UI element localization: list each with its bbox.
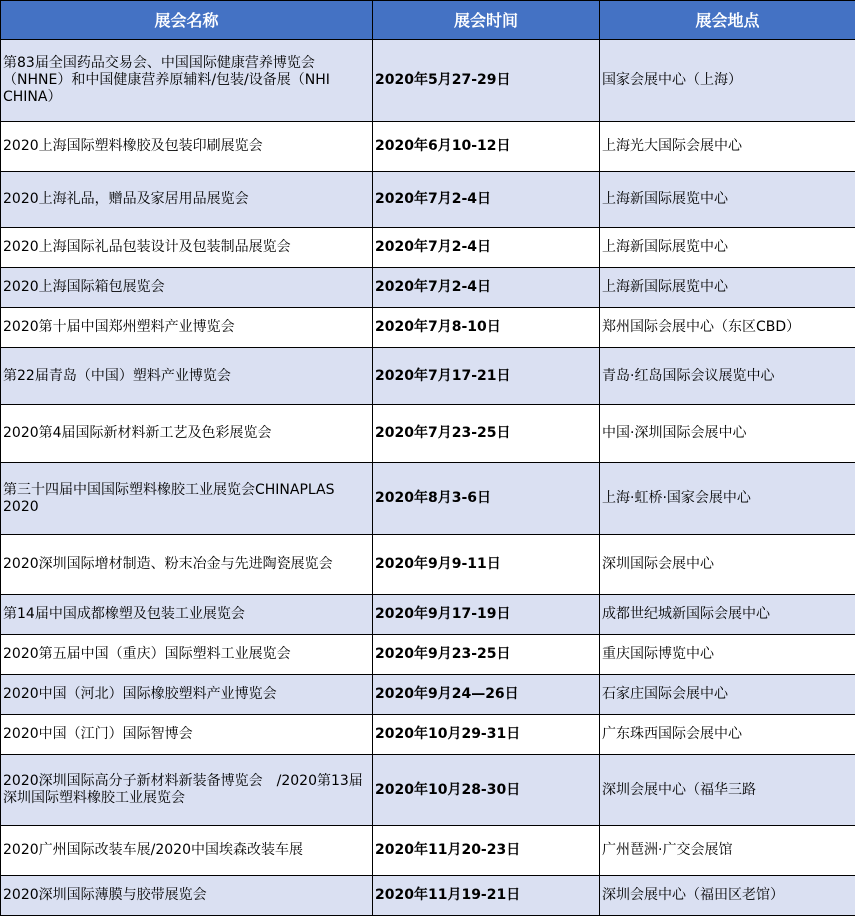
exhibition-location-cell: 上海新国际展览中心	[600, 268, 855, 308]
exhibition-name-cell: 第83届全国药品交易会、中国国际健康营养博览会（NHNE）和中国健康营养原辅料/…	[1, 40, 373, 122]
exhibition-name-cell: 第三十四届中国国际塑料橡胶工业展览会CHINAPLAS 2020	[1, 463, 373, 535]
exhibition-name-cell: 2020中国（江门）国际智博会	[1, 715, 373, 755]
exhibition-date-cell: 2020年6月10-12日	[373, 122, 600, 172]
table-row: 第三十四届中国国际塑料橡胶工业展览会CHINAPLAS 2020 2020年8月…	[1, 463, 855, 535]
exhibition-date-cell: 2020年11月19-21日	[373, 876, 600, 916]
table-row: 2020第4届国际新材料新工艺及色彩展览会 2020年7月23-25日 中国·深…	[1, 405, 855, 463]
exhibition-location-cell: 上海新国际展览中心	[600, 172, 855, 228]
exhibition-name-cell: 2020上海国际礼品包装设计及包装制品展览会	[1, 228, 373, 268]
exhibition-location-cell: 广州琶洲·广交会展馆	[600, 826, 855, 876]
table-row: 2020深圳国际高分子新材料新装备博览会 /2020第13届深圳国际塑料橡胶工业…	[1, 755, 855, 826]
exhibition-date-cell: 2020年8月3-6日	[373, 463, 600, 535]
exhibition-location-cell: 成都世纪城新国际会展中心	[600, 595, 855, 635]
exhibition-date-cell: 2020年7月2-4日	[373, 268, 600, 308]
table-row: 第14届中国成都橡塑及包装工业展览会 2020年9月17-19日 成都世纪城新国…	[1, 595, 855, 635]
exhibition-name-cell: 第22届青岛（中国）塑料产业博览会	[1, 348, 373, 405]
header-exhibition-date: 展会时间	[373, 1, 600, 40]
exhibition-date-cell: 2020年5月27-29日	[373, 40, 600, 122]
table-row: 第83届全国药品交易会、中国国际健康营养博览会（NHNE）和中国健康营养原辅料/…	[1, 40, 855, 122]
exhibition-name-cell: 2020深圳国际增材制造、粉末冶金与先进陶瓷展览会	[1, 535, 373, 595]
exhibition-name-cell: 2020深圳国际高分子新材料新装备博览会 /2020第13届深圳国际塑料橡胶工业…	[1, 755, 373, 826]
exhibition-date-cell: 2020年11月20-23日	[373, 826, 600, 876]
exhibition-name-cell: 2020上海礼品，赠品及家居用品展览会	[1, 172, 373, 228]
header-row: 展会名称 展会时间 展会地点	[1, 1, 855, 40]
table-row: 2020上海礼品，赠品及家居用品展览会 2020年7月2-4日 上海新国际展览中…	[1, 172, 855, 228]
exhibition-name-cell: 2020第五届中国（重庆）国际塑料工业展览会	[1, 635, 373, 675]
exhibition-location-cell: 上海新国际展览中心	[600, 228, 855, 268]
table-row: 2020广州国际改装车展/2020中国埃森改装车展 2020年11月20-23日…	[1, 826, 855, 876]
table-row: 2020中国（河北）国际橡胶塑料产业博览会 2020年9月24—26日 石家庄国…	[1, 675, 855, 715]
exhibition-date-cell: 2020年9月23-25日	[373, 635, 600, 675]
header-exhibition-name: 展会名称	[1, 1, 373, 40]
exhibition-location-cell: 深圳会展中心（福华三路	[600, 755, 855, 826]
table-row: 2020第五届中国（重庆）国际塑料工业展览会 2020年9月23-25日 重庆国…	[1, 635, 855, 675]
table-row: 2020第十届中国郑州塑料产业博览会 2020年7月8-10日 郑州国际会展中心…	[1, 308, 855, 348]
table-row: 2020深圳国际薄膜与胶带展览会 2020年11月19-21日 深圳会展中心（福…	[1, 876, 855, 916]
exhibition-location-cell: 上海·虹桥·国家会展中心	[600, 463, 855, 535]
exhibition-name-cell: 2020上海国际箱包展览会	[1, 268, 373, 308]
exhibition-location-cell: 上海光大国际会展中心	[600, 122, 855, 172]
exhibition-name-cell: 2020深圳国际薄膜与胶带展览会	[1, 876, 373, 916]
exhibition-location-cell: 石家庄国际会展中心	[600, 675, 855, 715]
exhibition-date-cell: 2020年9月24—26日	[373, 675, 600, 715]
exhibition-location-cell: 深圳国际会展中心	[600, 535, 855, 595]
table-row: 2020中国（江门）国际智博会 2020年10月29-31日 广东珠西国际会展中…	[1, 715, 855, 755]
exhibition-location-cell: 青岛·红岛国际会议展览中心	[600, 348, 855, 405]
exhibition-location-cell: 重庆国际博览中心	[600, 635, 855, 675]
exhibition-location-cell: 深圳会展中心（福田区老馆）	[600, 876, 855, 916]
exhibition-name-cell: 第14届中国成都橡塑及包装工业展览会	[1, 595, 373, 635]
exhibition-date-cell: 2020年10月29-31日	[373, 715, 600, 755]
exhibition-schedule-table: 展会名称 展会时间 展会地点 第83届全国药品交易会、中国国际健康营养博览会（N…	[0, 0, 855, 916]
exhibition-location-cell: 中国·深圳国际会展中心	[600, 405, 855, 463]
exhibition-date-cell: 2020年9月17-19日	[373, 595, 600, 635]
table-row: 第22届青岛（中国）塑料产业博览会 2020年7月17-21日 青岛·红岛国际会…	[1, 348, 855, 405]
exhibition-name-cell: 2020中国（河北）国际橡胶塑料产业博览会	[1, 675, 373, 715]
table-row: 2020上海国际礼品包装设计及包装制品展览会 2020年7月2-4日 上海新国际…	[1, 228, 855, 268]
exhibition-name-cell: 2020第4届国际新材料新工艺及色彩展览会	[1, 405, 373, 463]
exhibition-date-cell: 2020年7月23-25日	[373, 405, 600, 463]
exhibition-location-cell: 广东珠西国际会展中心	[600, 715, 855, 755]
exhibition-date-cell: 2020年7月2-4日	[373, 172, 600, 228]
exhibition-date-cell: 2020年10月28-30日	[373, 755, 600, 826]
table-row: 2020上海国际箱包展览会 2020年7月2-4日 上海新国际展览中心	[1, 268, 855, 308]
exhibition-date-cell: 2020年7月8-10日	[373, 308, 600, 348]
exhibition-name-cell: 2020上海国际塑料橡胶及包装印刷展览会	[1, 122, 373, 172]
exhibition-location-cell: 国家会展中心（上海）	[600, 40, 855, 122]
table-row: 2020深圳国际增材制造、粉末冶金与先进陶瓷展览会 2020年9月9-11日 深…	[1, 535, 855, 595]
exhibition-date-cell: 2020年7月17-21日	[373, 348, 600, 405]
exhibition-location-cell: 郑州国际会展中心（东区CBD）	[600, 308, 855, 348]
exhibition-name-cell: 2020广州国际改装车展/2020中国埃森改装车展	[1, 826, 373, 876]
exhibition-name-cell: 2020第十届中国郑州塑料产业博览会	[1, 308, 373, 348]
exhibition-date-cell: 2020年9月9-11日	[373, 535, 600, 595]
header-exhibition-location: 展会地点	[600, 1, 855, 40]
exhibition-date-cell: 2020年7月2-4日	[373, 228, 600, 268]
table-row: 2020上海国际塑料橡胶及包装印刷展览会 2020年6月10-12日 上海光大国…	[1, 122, 855, 172]
